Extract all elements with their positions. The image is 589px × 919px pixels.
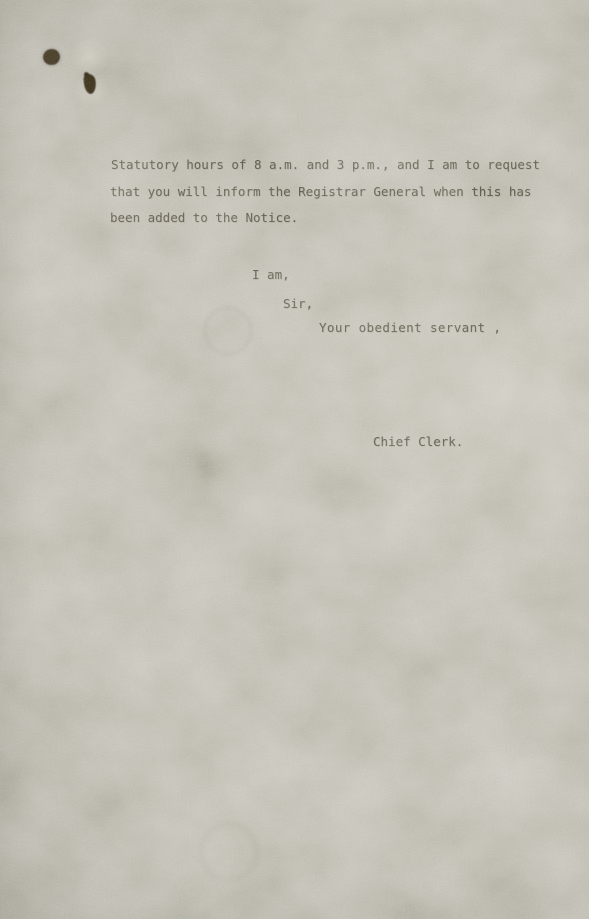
hole-punch-mark: [43, 49, 60, 65]
paper-mottle-texture: [0, 0, 589, 919]
scanned-letter-page: Statutory hours of 8 a.m. and 3 p.m., an…: [0, 0, 589, 919]
valediction-obedient-servant: Your obedient servant ,: [319, 321, 501, 335]
letter-body-line-1: Statutory hours of 8 a.m. and 3 p.m., an…: [111, 158, 540, 172]
signature-chief-clerk: Chief Clerk.: [373, 435, 463, 449]
paper-grain-texture: [0, 0, 589, 919]
letter-body-line-3: been added to the Notice.: [110, 211, 298, 225]
valediction-i-am: I am,: [252, 268, 290, 282]
letter-body-line-2: that you will inform the Registrar Gener…: [110, 185, 531, 199]
valediction-sir: Sir,: [283, 297, 313, 311]
ink-blot-mark: [83, 73, 97, 94]
